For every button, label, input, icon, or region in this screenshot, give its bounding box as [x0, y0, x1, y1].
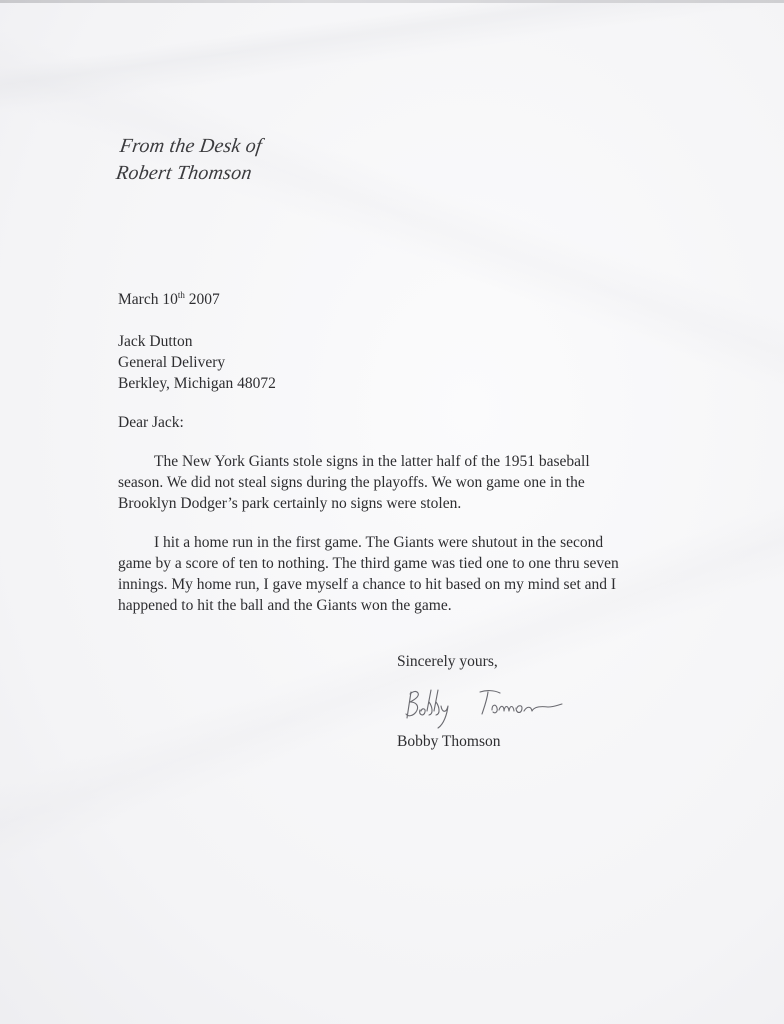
recipient-address-line-3: Berkley, Michigan 48072 — [118, 373, 276, 394]
paragraph-line: happened to hit the ball and the Giants … — [118, 595, 619, 616]
signer-name: Bobby Thomson — [397, 731, 501, 752]
paragraph-2: I hit a home run in the first game. The … — [118, 532, 619, 616]
paragraph-1: The New York Giants stole signs in the l… — [118, 451, 590, 514]
date-ordinal-suffix: th — [178, 290, 185, 300]
paragraph-line: innings. My home run, I gave myself a ch… — [118, 574, 619, 595]
letterhead: From the Desk of Robert Thomson — [114, 133, 263, 187]
closing: Sincerely yours, — [397, 651, 498, 672]
recipient-address: Jack Dutton General Delivery Berkley, Mi… — [118, 331, 276, 394]
handwritten-signature — [398, 684, 568, 730]
letterhead-line-2: Robert Thomson — [114, 160, 260, 187]
salutation: Dear Jack: — [118, 412, 184, 433]
paper-top-edge — [0, 0, 784, 3]
letterhead-line-1: From the Desk of — [118, 133, 264, 160]
date-year: 2007 — [185, 291, 220, 308]
date-month-day: March 10 — [118, 291, 178, 308]
recipient-name: Jack Dutton — [118, 331, 276, 352]
paragraph-line: game by a score of ten to nothing. The t… — [118, 553, 619, 574]
recipient-address-line-2: General Delivery — [118, 352, 276, 373]
letter-date: March 10th 2007 — [118, 289, 220, 310]
paragraph-line: Brooklyn Dodger’s park certainly no sign… — [118, 493, 590, 514]
paragraph-line: I hit a home run in the first game. The … — [118, 532, 619, 553]
paragraph-line: The New York Giants stole signs in the l… — [118, 451, 590, 472]
paragraph-line: season. We did not steal signs during th… — [118, 472, 590, 493]
